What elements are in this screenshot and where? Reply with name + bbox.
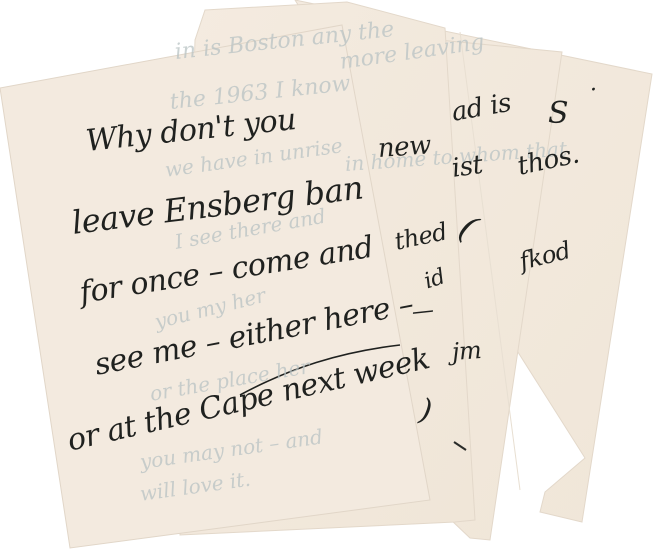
ink-fragment: S bbox=[548, 96, 568, 131]
ink-fragment: jm bbox=[451, 336, 482, 366]
ink-fragment: · bbox=[590, 78, 597, 103]
ink-fragment: new bbox=[377, 130, 432, 164]
letter-photo: in is Boston any the the 1963 I know mor… bbox=[0, 0, 660, 550]
ink-fragment: ist bbox=[450, 150, 484, 184]
